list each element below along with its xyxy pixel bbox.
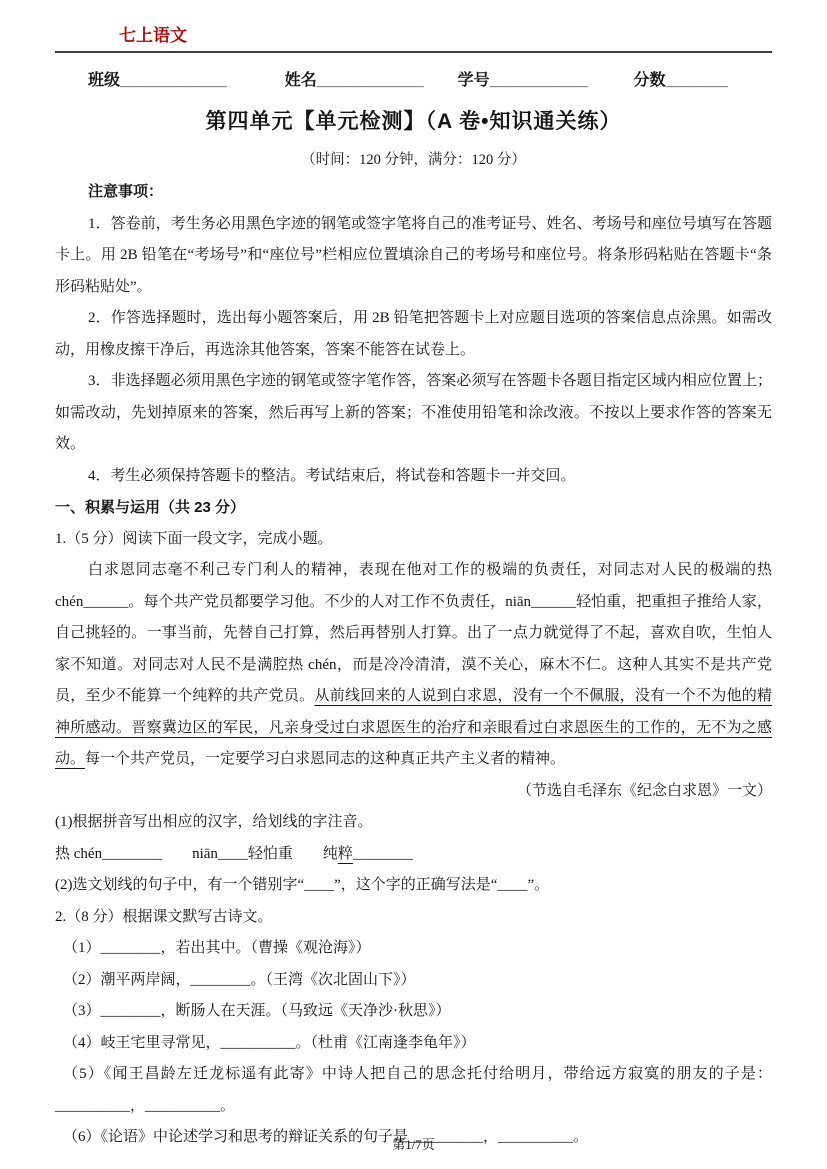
question-2-item-2: （2）潮平两岸阔，________。（王湾《次北固山下》） [55,965,772,997]
exam-time-score: （时间：120 分钟，满分：120 分） [55,150,772,170]
student-id-field: 学号___________ [458,69,588,93]
passage-part-2: 每一个共产党员，一定要学习白求恩同志的这种真正共产主义者的精神。 [85,751,565,767]
brand-title: 七上语文 [55,24,772,48]
question-2-item-3: （3）________，断肠人在天涯。（马致远《天净沙·秋思》） [55,996,772,1028]
pinyin-underlined-char: 粹 [338,846,353,862]
question-1-passage: 白求恩同志毫不利己专门利人的精神，表现在他对工作的极端的负责任，对同志对人民的极… [55,555,772,776]
question-2-intro: 2.（8 分）根据课文默写古诗文。 [55,902,772,934]
notice-item-4: 4．考生必须保持答题卡的整洁。考试结束后，将试卷和答题卡一并交回。 [55,461,772,493]
section-1-heading: 一、积累与运用（共 23 分） [55,492,772,524]
score-field: 分数_______ [633,69,727,93]
pinyin-segment-3: ________ [353,846,413,862]
pinyin-segment-1: 热 chén________ niān____轻怕重 纯 [55,846,338,862]
passage-part-1: 白求恩同志毫不利己专门利人的精神，表现在他对工作的极端的负责任，对同志对人民的极… [55,562,772,704]
question-1-intro: 1.（5 分）阅读下面一段文字，完成小题。 [55,524,772,556]
class-field: 班级____________ [88,69,227,93]
exam-page: 七上语文 班级____________ 姓名____________ 学号___… [0,0,827,1169]
notice-item-2: 2．作答选择题时，选出每小题答案后，用 2B 铅笔把答题卡上对应题目选项的答案信… [55,303,772,366]
question-2-item-4: （4）岐王宅里寻常见，__________。（杜甫《江南逢李龟年》） [55,1028,772,1060]
header-rule [55,51,772,53]
question-1-sub-1: (1)根据拼音写出相应的汉字，给划线的字注音。 [55,807,772,839]
question-1-sub-2: (2)选文划线的句子中，有一个错别字“____”，这个字的正确写法是“____”… [55,870,772,902]
question-2-item-5: （5）《闻王昌龄左迁龙标遥有此寄》中诗人把自己的思念托付给明月，带给远方寂寞的朋… [55,1059,772,1122]
notice-item-3: 3．非选择题必须用黑色字迹的钢笔或签字笔作答，答案必须写在答题卡各题目指定区域内… [55,366,772,461]
page-number: 第1/7页 [0,1137,827,1153]
notice-item-1: 1．答卷前，考生务必用黑色字迹的钢笔或签字笔将自己的准考证号、姓名、考场号和座位… [55,209,772,304]
exam-title: 第四单元【单元检测】（A 卷•知识通关练） [55,109,772,135]
student-info-row: 班级____________ 姓名____________ 学号________… [55,69,772,93]
name-field: 姓名____________ [285,69,424,93]
question-1-pinyin-line: 热 chén________ niān____轻怕重 纯粹________ [55,839,772,871]
notice-heading: 注意事项： [55,177,772,209]
passage-attribution: （节选自毛泽东《纪念白求恩》一文） [55,776,772,808]
question-2-item-1: （1）________，若出其中。（曹操《观沧海》） [55,933,772,965]
